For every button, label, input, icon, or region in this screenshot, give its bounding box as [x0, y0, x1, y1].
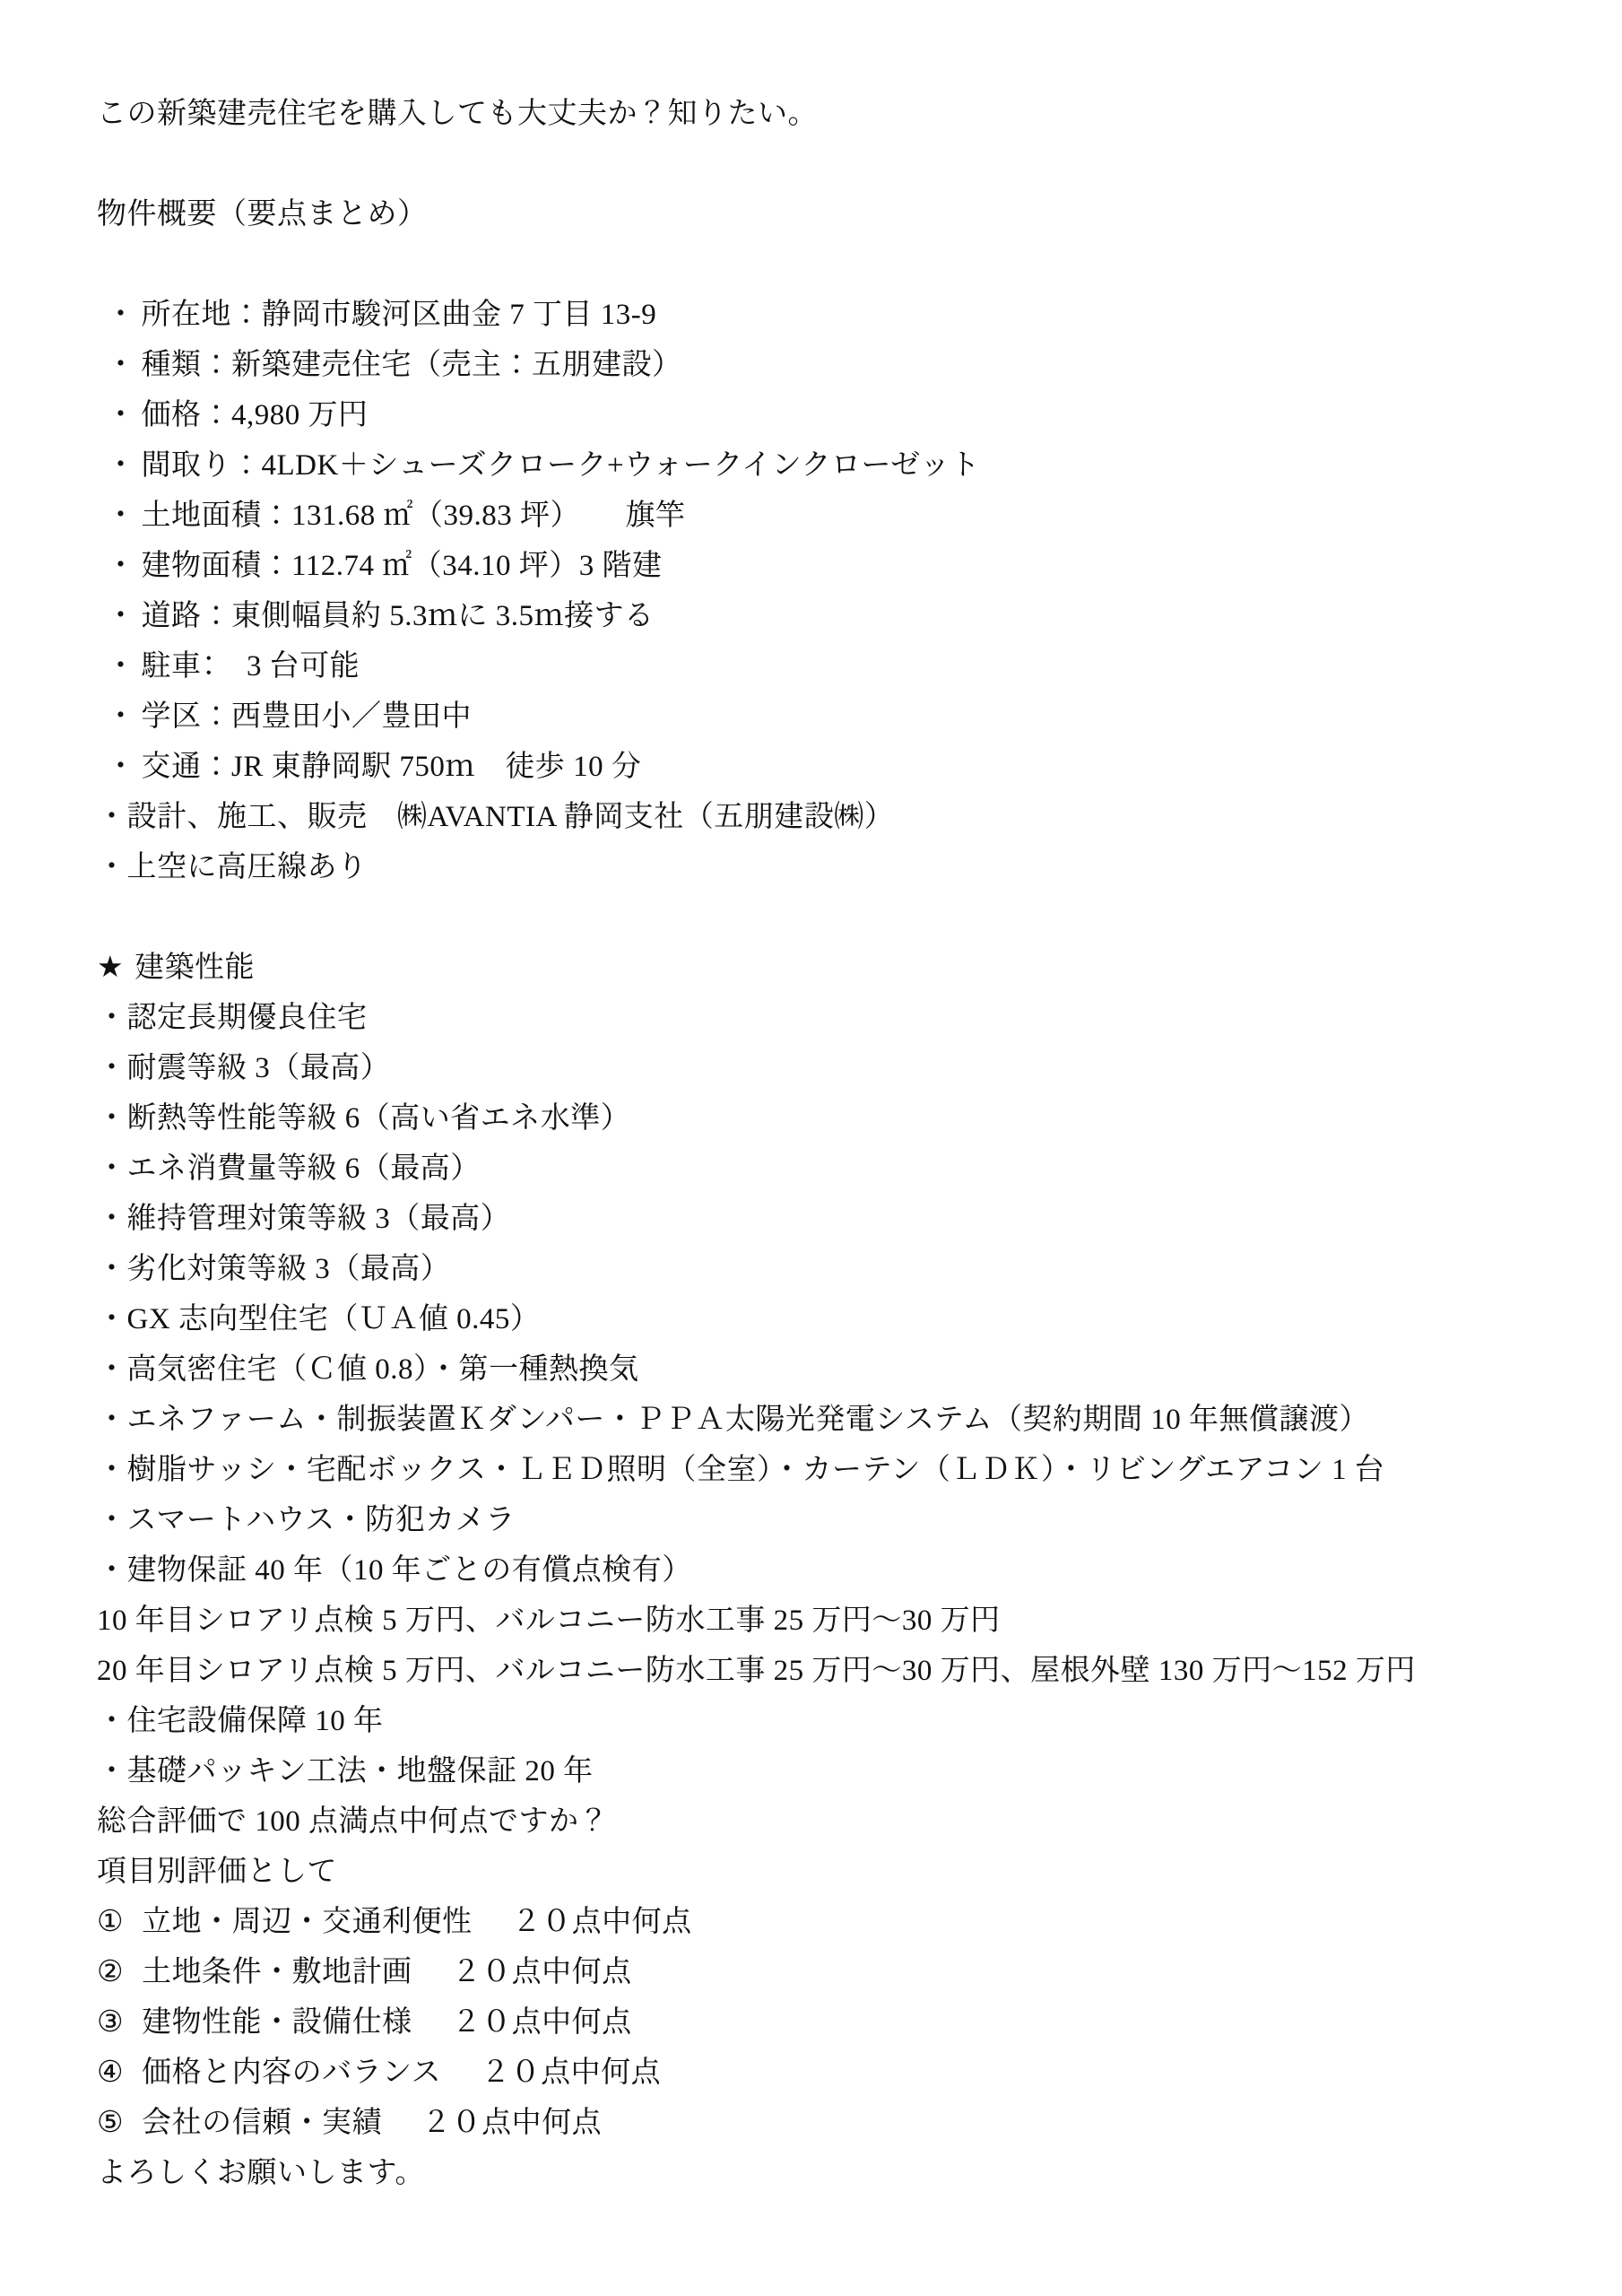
overview-item-text: 土地面積：131.68 ㎡（39.83 坪） 旗竿: [142, 500, 686, 532]
overview-item-text: 所在地：静岡市駿河区曲金 7 丁目 13-9: [142, 299, 657, 331]
bullet-glyph: ・: [106, 600, 136, 632]
evaluation-question: 総合評価で 100 点満点中何点ですか？: [97, 1796, 1537, 1847]
intro-line: この新築建売住宅を購入しても大丈夫か？知りたい。: [97, 89, 1537, 139]
bullet-glyph: ・: [106, 449, 136, 482]
performance-item: ・断熱等性能等級 6（高い省エネ水準）: [97, 1093, 1537, 1144]
blank-line: [97, 239, 1537, 290]
maintenance-note: 20 年目シロアリ点検 5 万円、バルコニー防水工事 25 万円〜30 万円、屋…: [97, 1646, 1537, 1696]
bullet-glyph: ・: [106, 650, 136, 683]
performance-item: ・エネファーム・制振装置Ｋダンパー・ＰＰＡ太陽光発電システム（契約期間 10 年…: [97, 1395, 1537, 1445]
overview-item: ・道路：東側幅員約 5.3ｍに 3.5ｍ接する: [97, 591, 1537, 641]
performance-item: ・基礎パッキン工法・地盤保証 20 年: [97, 1746, 1537, 1796]
item-number: ③: [97, 2006, 124, 2039]
item-score: ２０点中何点: [512, 1906, 692, 1938]
blank-line: [97, 892, 1537, 943]
performance-item: ・認定長期優良住宅: [97, 993, 1537, 1043]
item-label: 立地・周辺・交通利便性: [142, 1906, 473, 1938]
evaluation-item: ⑤会社の信頼・実績２０点中何点: [97, 2098, 1537, 2148]
overview-item-text: 学区：西豊田小／豊田中: [142, 700, 473, 733]
overview-item-text: 種類：新築建売住宅（売主：五朋建設）: [142, 349, 682, 381]
evaluation-item: ①立地・周辺・交通利便性２０点中何点: [97, 1897, 1537, 1947]
overview-item-text: 価格：4,980 万円: [142, 399, 369, 431]
overview-item: ・価格：4,980 万円: [97, 390, 1537, 440]
overview-item: ・所在地：静岡市駿河区曲金 7 丁目 13-9: [97, 290, 1537, 340]
overview-item-text: 建物面積：112.74 ㎡（34.10 坪）3 階建: [142, 550, 663, 582]
item-score: ２０点中何点: [421, 2107, 602, 2139]
bullet-glyph: ・: [106, 550, 136, 582]
overview-list: ・所在地：静岡市駿河区曲金 7 丁目 13-9 ・種類：新築建売住宅（売主：五朋…: [97, 290, 1537, 792]
bullet-glyph: ・: [106, 751, 136, 783]
maintenance-note: 10 年目シロアリ点検 5 万円、バルコニー防水工事 25 万円〜30 万円: [97, 1596, 1537, 1646]
item-label: 価格と内容のバランス: [142, 2057, 441, 2089]
overview-item-text: 交通：JR 東静岡駅 750ｍ 徒歩 10 分: [142, 751, 642, 783]
overview-item-text: 道路：東側幅員約 5.3ｍに 3.5ｍ接する: [142, 600, 655, 632]
overview-item: ・学区：西豊田小／豊田中: [97, 691, 1537, 742]
item-score: ２０点中何点: [481, 2057, 661, 2089]
performance-list: ・認定長期優良住宅 ・耐震等級 3（最高） ・断熱等性能等級 6（高い省エネ水準…: [97, 993, 1537, 1796]
overview-heading: 物件概要（要点まとめ）: [97, 189, 1537, 239]
overview-item: ・土地面積：131.68 ㎡（39.83 坪） 旗竿: [97, 491, 1537, 541]
overview-item-text: 駐車： 3 台可能: [142, 650, 360, 683]
evaluation-list: ①立地・周辺・交通利便性２０点中何点 ②土地条件・敷地計画２０点中何点 ③建物性…: [97, 1897, 1537, 2148]
overview-item: ・建物面積：112.74 ㎡（34.10 坪）3 階建: [97, 541, 1537, 591]
performance-heading: ★建築性能: [97, 943, 1537, 993]
bullet-glyph: ・: [106, 299, 136, 331]
performance-item: ・住宅設備保障 10 年: [97, 1696, 1537, 1746]
performance-item: ・劣化対策等級 3（最高）: [97, 1244, 1537, 1294]
blank-line: [97, 139, 1537, 189]
overview-item: ・駐車： 3 台可能: [97, 641, 1537, 691]
item-label: 会社の信頼・実績: [142, 2107, 382, 2139]
closing-line: よろしくお願いします。: [97, 2148, 1537, 2198]
evaluation-item: ②土地条件・敷地計画２０点中何点: [97, 1947, 1537, 1997]
performance-item: ・高気密住宅（Ｃ値 0.8）・第一種熱換気: [97, 1344, 1537, 1395]
overview-note: ・設計、施工、販売 ㈱AVANTIA 静岡支社（五朋建設㈱）: [97, 792, 1537, 842]
performance-item: ・樹脂サッシ・宅配ボックス・ＬＥＤ照明（全室）・カーテン（ＬＤＫ）・リビングエア…: [97, 1445, 1537, 1495]
performance-heading-label: 建築性能: [134, 952, 255, 984]
bullet-glyph: ・: [106, 500, 136, 532]
performance-item: ・建物保証 40 年（10 年ごとの有償点検有）: [97, 1545, 1537, 1596]
performance-item: ・耐震等級 3（最高）: [97, 1043, 1537, 1093]
item-number: ④: [97, 2057, 124, 2089]
overview-item: ・種類：新築建売住宅（売主：五朋建設）: [97, 340, 1537, 390]
document-page: この新築建売住宅を購入しても大丈夫か？知りたい。 物件概要（要点まとめ） ・所在…: [0, 0, 1622, 2296]
item-score: ２０点中何点: [452, 2006, 632, 2039]
performance-item: ・エネ消費量等級 6（最高）: [97, 1144, 1537, 1194]
item-number: ①: [97, 1906, 124, 1938]
overview-item: ・間取り：4LDK＋シューズクローク+ウォークインクローゼット: [97, 440, 1537, 491]
bullet-glyph: ・: [106, 700, 136, 733]
evaluation-item: ③建物性能・設備仕様２０点中何点: [97, 1997, 1537, 2048]
item-number: ⑤: [97, 2107, 124, 2139]
item-score: ２０点中何点: [452, 1956, 632, 1988]
item-label: 土地条件・敷地計画: [142, 1956, 412, 1988]
overview-item-text: 間取り：4LDK＋シューズクローク+ウォークインクローゼット: [142, 449, 981, 482]
performance-item: ・GX 志向型住宅（ＵＡ値 0.45）: [97, 1294, 1537, 1344]
overview-note: ・上空に高圧線あり: [97, 842, 1537, 892]
overview-item: ・交通：JR 東静岡駅 750ｍ 徒歩 10 分: [97, 742, 1537, 792]
item-number: ②: [97, 1956, 124, 1988]
evaluation-lead: 項目別評価として: [97, 1847, 1537, 1897]
performance-item: ・スマートハウス・防犯カメラ: [97, 1495, 1537, 1545]
star-icon: ★: [97, 952, 124, 984]
bullet-glyph: ・: [106, 399, 136, 431]
performance-item: ・維持管理対策等級 3（最高）: [97, 1194, 1537, 1244]
evaluation-item: ④価格と内容のバランス２０点中何点: [97, 2048, 1537, 2098]
bullet-glyph: ・: [106, 349, 136, 381]
item-label: 建物性能・設備仕様: [142, 2006, 412, 2039]
